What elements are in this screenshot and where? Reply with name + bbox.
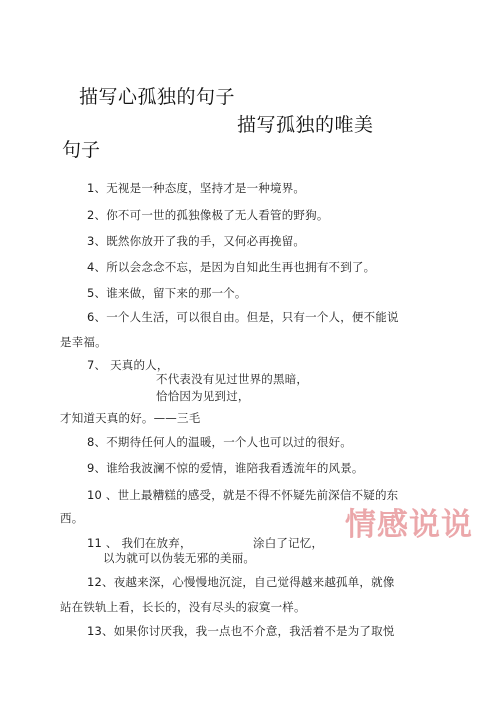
sentence-2: 2、你不可一世的孤独像极了无人看管的野狗。 (87, 207, 329, 223)
sentence-6: 6、一个人生活，可以很自由。但是，只有一个人，便不能说 (87, 309, 399, 325)
sentence-4: 4、所以会念念不忘，是因为自知此生再也拥有不到了。 (87, 259, 375, 275)
title-line-3: 句子 (62, 135, 100, 162)
sentence-11: 11 、 我们在放弃， (87, 535, 192, 551)
sentence-7-line-2: 不代表没有见过世界的黑暗， (156, 371, 308, 387)
sentence-7-line-3: 恰恰因为见到过， (156, 388, 250, 404)
sentence-11-line-2: 以为就可以伪装无邪的美丽。 (103, 550, 255, 566)
sentence-7-continued: 才知道天真的好。——三毛 (60, 410, 200, 426)
sentence-13: 13、如果你讨厌我，我一点也不介意，我活着不是为了取悦 (87, 623, 395, 639)
sentence-1: 1、无视是一种态度，坚持才是一种境界。 (87, 180, 305, 196)
sentence-12-continued: 站在铁轨上看，长长的，没有尽头的寂寞一样。 (60, 599, 306, 615)
watermark: 情感说说 (345, 499, 473, 544)
sentence-9: 9、谁给我波澜不惊的爱情，谁陪我看透流年的风景。 (87, 460, 364, 476)
sentence-11-middle: 涂白了记忆， (253, 535, 323, 551)
sentence-6-continued: 是幸福。 (60, 334, 107, 350)
sentence-10-continued: 西。 (60, 510, 83, 526)
sentence-3: 3、既然你放开了我的手，又何必再挽留。 (87, 233, 305, 249)
title-line-2: 描写孤独的唯美 (237, 110, 374, 137)
title-line-1: 描写心孤独的句子 (79, 82, 235, 109)
sentence-5: 5、谁来做，留下来的那一个。 (87, 285, 247, 301)
sentence-12: 12、夜越来深，心慢慢地沉淀，自己觉得越来越孤单，就像 (87, 574, 395, 590)
sentence-8: 8、不期待任何人的温暖，一个人也可以过的很好。 (87, 434, 352, 450)
